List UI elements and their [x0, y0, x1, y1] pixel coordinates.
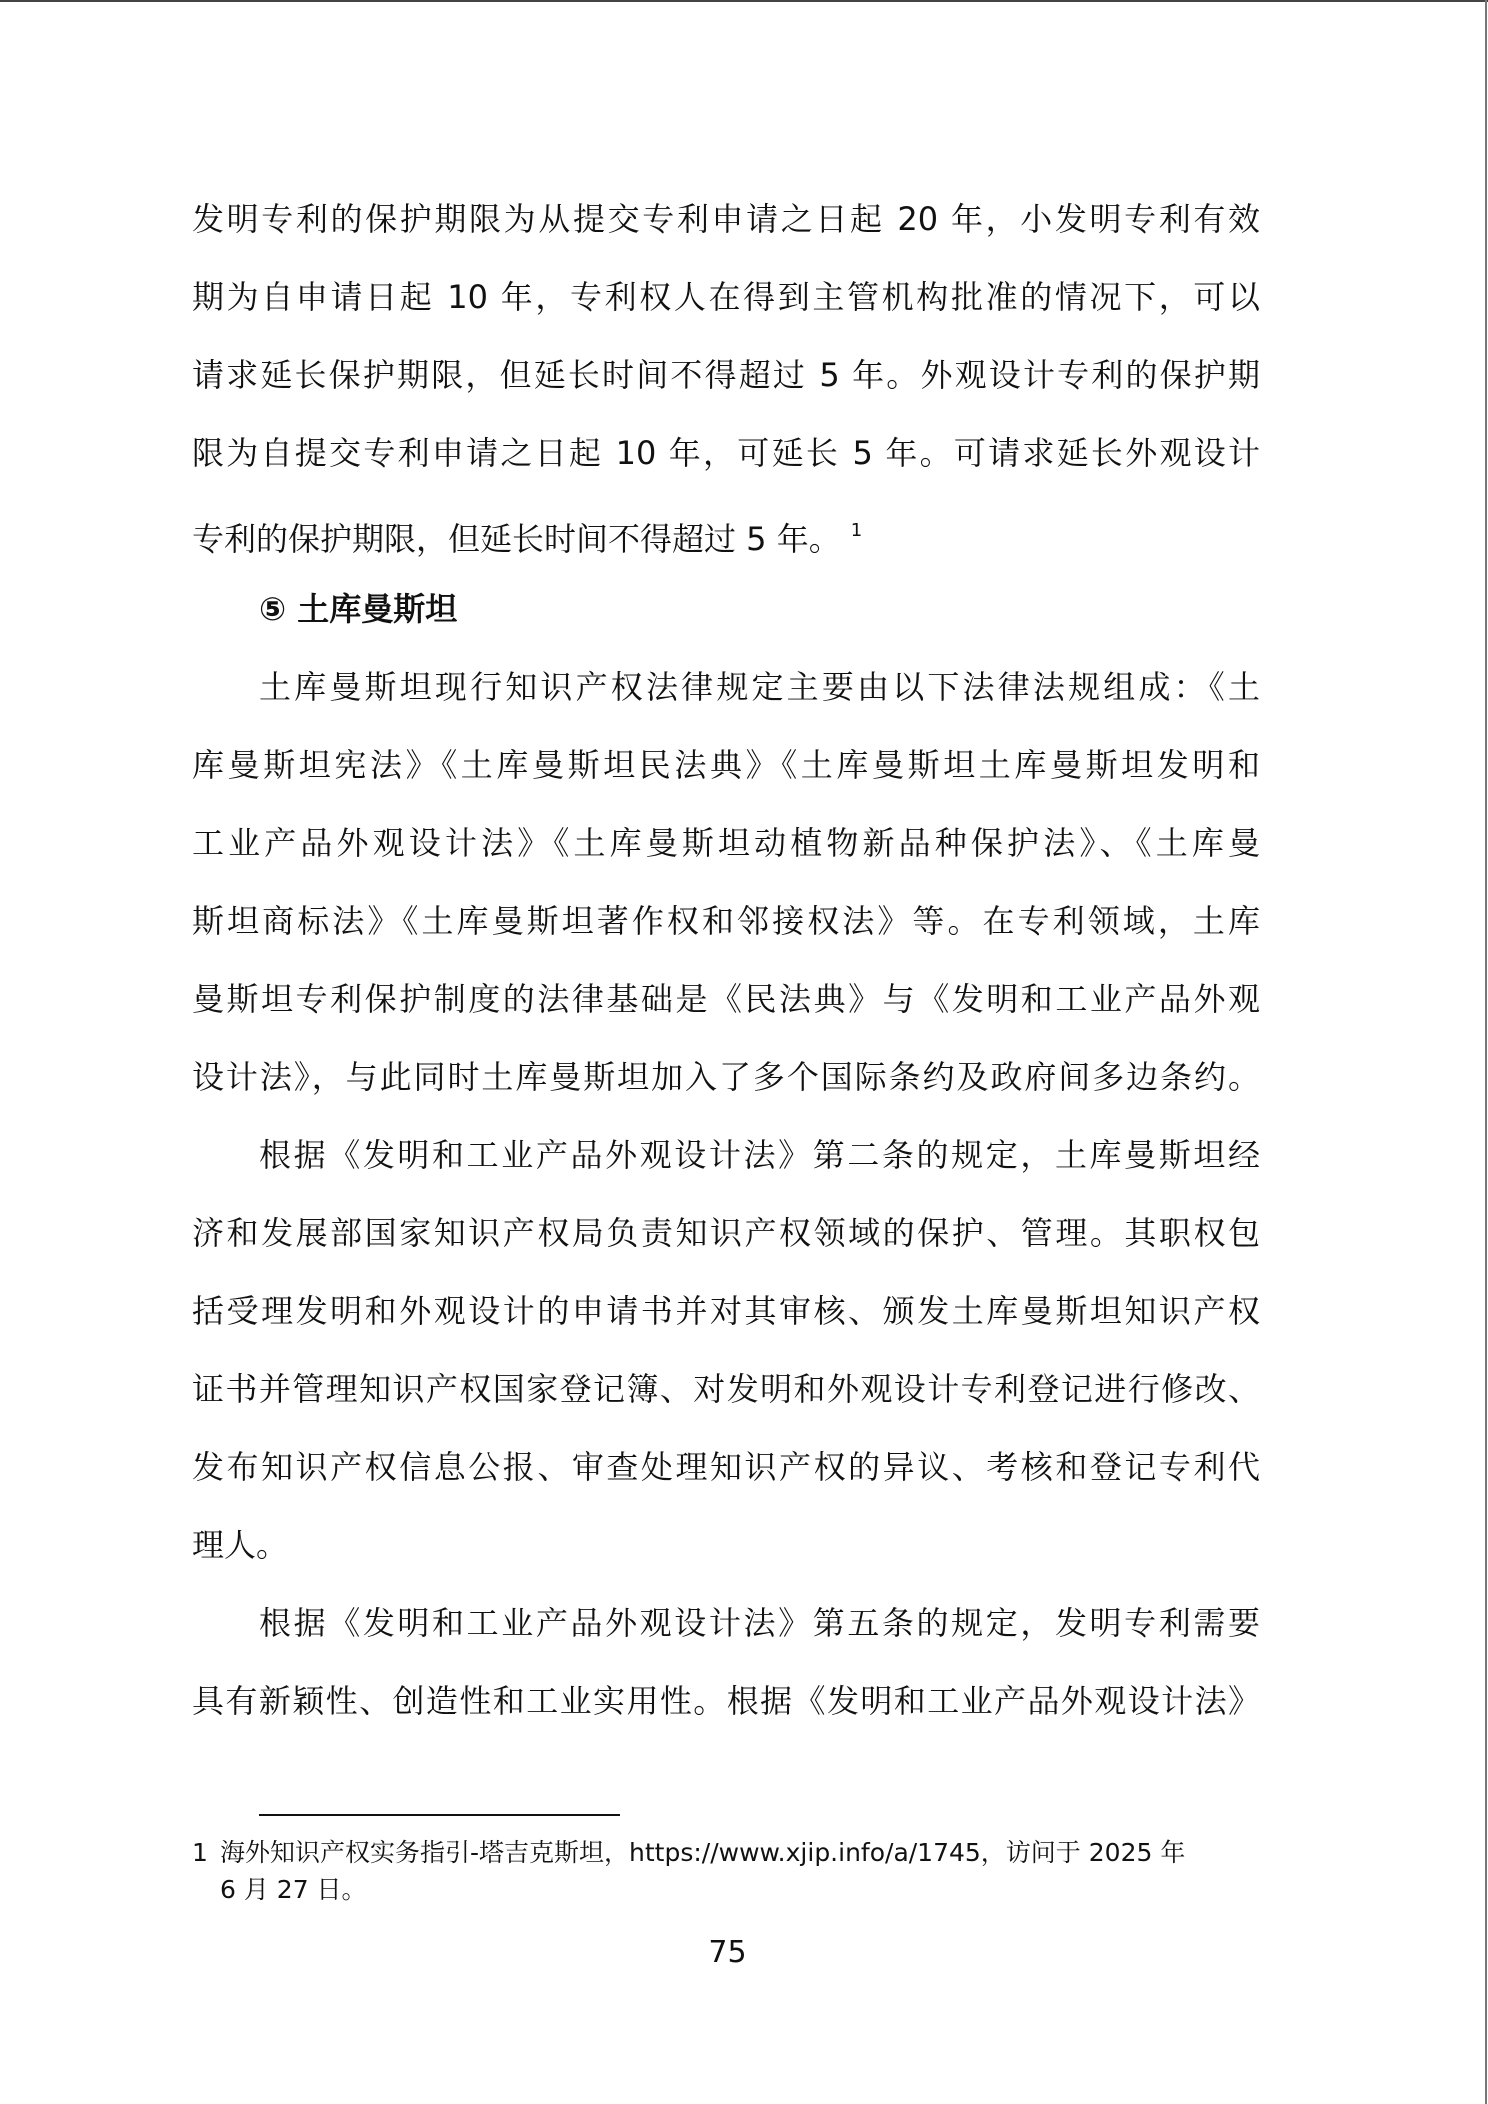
text-line: 库曼斯坦宪法》《土库曼斯坦民法典》《土库曼斯坦土库曼斯坦发明和 [192, 726, 1260, 804]
text-line: 发明专利的保护期限为从提交专利申请之日起 20 年，小发明专利有效 [192, 180, 1260, 258]
text-line: 斯坦商标法》《土库曼斯坦著作权和邻接权法》等。在专利领域，土库 [192, 882, 1260, 960]
text-line-content: 专利的保护期限，但延长时间不得超过 5 年。 [192, 520, 841, 558]
footnote-separator [259, 1814, 620, 1816]
text-line: 理人。 [192, 1506, 1260, 1584]
page-number: 75 [0, 1933, 1455, 1973]
text-line: 括受理发明和外观设计的申请书并对其审核、颁发土库曼斯坦知识产权 [192, 1272, 1260, 1350]
text-line: 发布知识产权信息公报、审查处理知识产权的异议、考核和登记专利代 [192, 1428, 1260, 1506]
text-line: 限为自提交专利申请之日起 10 年，可延长 5 年。可请求延长外观设计 [192, 414, 1260, 492]
text-line: 期为自申请日起 10 年，专利权人在得到主管机构批准的情况下，可以 [192, 258, 1260, 336]
footnote-text[interactable]: 海外知识产权实务指引-塔吉克斯坦，https://www.xjip.info/a… [220, 1834, 1185, 1871]
text-line: 土库曼斯坦现行知识产权法律规定主要由以下法律法规组成：《土 [192, 648, 1260, 726]
page-right-border [1485, 0, 1487, 2104]
section-heading: ⑤ 土库曼斯坦 [192, 570, 1260, 648]
text-line: 具有新颖性、创造性和工业实用性。根据《发明和工业产品外观设计法》 [192, 1662, 1260, 1740]
text-line: 专利的保护期限，但延长时间不得超过 5 年。1 [192, 492, 1260, 570]
footnote-reference[interactable]: 1 [851, 520, 862, 541]
paragraph-patent-requirements: 根据《发明和工业产品外观设计法》第五条的规定，发明专利需要 具有新颖性、创造性和… [192, 1584, 1260, 1740]
footnote-number: 1 [192, 1834, 220, 1871]
text-line: 济和发展部国家知识产权局负责知识产权领域的保护、管理。其职权包 [192, 1194, 1260, 1272]
paragraph-ip-office-duties: 根据《发明和工业产品外观设计法》第二条的规定，土库曼斯坦经 济和发展部国家知识产… [192, 1116, 1260, 1584]
text-line: 根据《发明和工业产品外观设计法》第二条的规定，土库曼斯坦经 [192, 1116, 1260, 1194]
body-text: 发明专利的保护期限为从提交专利申请之日起 20 年，小发明专利有效 期为自申请日… [192, 180, 1260, 1740]
text-line: 曼斯坦专利保护制度的法律基础是《民法典》与《发明和工业产品外观 [192, 960, 1260, 1038]
text-line: 请求延长保护期限，但延长时间不得超过 5 年。外观设计专利的保护期 [192, 336, 1260, 414]
paragraph-legal-framework: 土库曼斯坦现行知识产权法律规定主要由以下法律法规组成：《土 库曼斯坦宪法》《土库… [192, 648, 1260, 1116]
footnote: 1 海外知识产权实务指引-塔吉克斯坦，https://www.xjip.info… [192, 1834, 1260, 1908]
text-line: 证书并管理知识产权国家登记簿、对发明和外观设计专利登记进行修改、 [192, 1350, 1260, 1428]
text-line: 设计法》，与此同时土库曼斯坦加入了多个国际条约及政府间多边条约。 [192, 1038, 1260, 1116]
text-line: 根据《发明和工业产品外观设计法》第五条的规定，发明专利需要 [192, 1584, 1260, 1662]
page-top-border [0, 0, 1488, 2]
footnote-line: 1 海外知识产权实务指引-塔吉克斯坦，https://www.xjip.info… [192, 1834, 1260, 1871]
footnote-continuation: 6 月 27 日。 [192, 1871, 1260, 1908]
paragraph-protection-term: 发明专利的保护期限为从提交专利申请之日起 20 年，小发明专利有效 期为自申请日… [192, 180, 1260, 570]
text-line: 工业产品外观设计法》《土库曼斯坦动植物新品种保护法》、《土库曼 [192, 804, 1260, 882]
